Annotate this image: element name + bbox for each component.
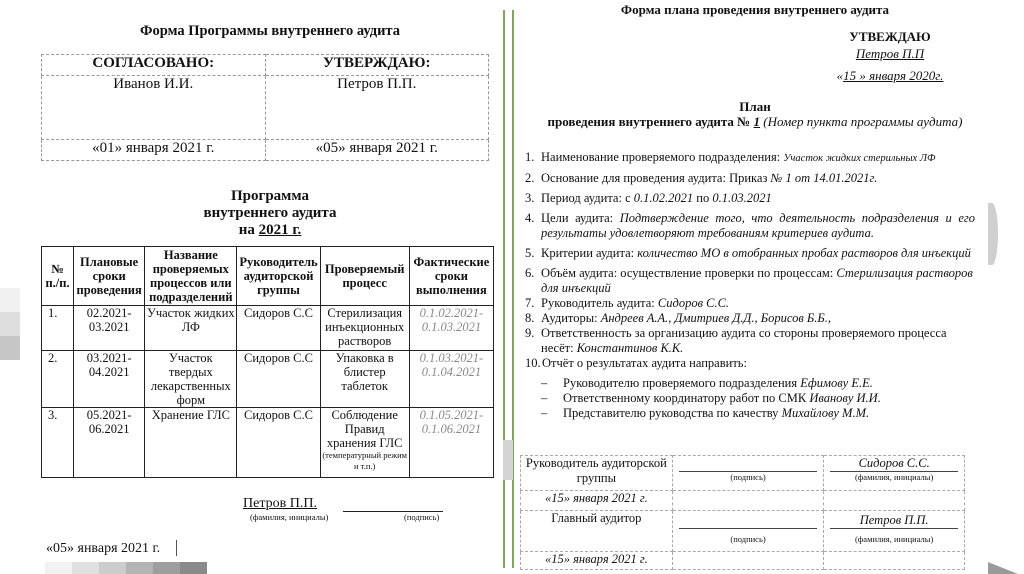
recipient-name: Иванову И.И. xyxy=(809,391,880,405)
row-number-text: 3. xyxy=(48,408,57,422)
item-value: 0.1.03.2021 xyxy=(712,191,771,205)
name-caption: (фамилия, инициалы) xyxy=(826,534,962,544)
program-title-line: Программа xyxy=(40,188,500,205)
plan-item: 2.Основание для проведения аудита: Прика… xyxy=(525,171,975,186)
signature-caption: (подпись) xyxy=(675,534,822,544)
item-label: Объём аудита: осуществление проверки по … xyxy=(541,266,836,280)
audited-unit: Участок жидких ЛФ xyxy=(145,306,237,351)
approval-date: «15 » января 2020г. xyxy=(820,68,960,84)
plan-item: 8.Аудиторы: Андреев А.А., Дмитриев Д.Д.,… xyxy=(525,311,975,326)
row-number: 2. xyxy=(42,351,74,408)
group-lead-name: Сидоров С.С. xyxy=(830,456,958,472)
item-label: по xyxy=(693,191,712,205)
program-title: Программа внутреннего аудита на 2021 г. xyxy=(40,188,500,239)
chief-auditor-name: Петров П.П. xyxy=(830,511,958,529)
group-lead-label: Руководитель аудиторской группы xyxy=(521,456,673,491)
agreed-name: Иванов И.И. xyxy=(42,76,266,140)
program-title-year-line: на 2021 г. xyxy=(40,222,500,239)
name-caption: (фамилия, инициалы) xyxy=(250,512,328,522)
row-number-text: 1. xyxy=(48,306,57,320)
report-recipient: –Представителю руководства по качеству М… xyxy=(525,406,975,421)
dash-bullet: – xyxy=(541,376,563,391)
dash-bullet: – xyxy=(541,391,563,406)
audited-unit: Участок твердых лекарственных форм xyxy=(145,351,237,408)
recipient-name: Ефимову Е.Е. xyxy=(800,376,873,390)
actual-dates: 0.1.05.2021-0.1.06.2021 xyxy=(409,408,493,478)
planned-dates-text: 02.2021-03.2021 xyxy=(87,306,132,334)
item-text: Период аудита: с 0.1.02.2021 по 0.1.03.2… xyxy=(541,191,975,206)
chief-auditor-label: Главный аудитор xyxy=(521,511,673,552)
item-label: Аудиторы: xyxy=(541,311,601,325)
table-row: 3.05.2021-06.2021Хранение ГЛССидоров С.С… xyxy=(42,408,494,478)
item-label: Основание для проведения аудита: Приказ xyxy=(541,171,771,185)
approve-name: Петров П.П. xyxy=(265,76,489,140)
item-number: 2. xyxy=(525,171,541,186)
process-note: (температурный режим и т.п.) xyxy=(322,450,408,472)
item-number: 10. xyxy=(525,356,542,371)
actual-dates-text: 0.1.05.2021-0.1.06.2021 xyxy=(420,408,484,436)
recipient-name: Михайлову М.М. xyxy=(782,406,870,420)
plan-item: 7.Руководитель аудита: Сидоров С.С. xyxy=(525,296,975,311)
planned-dates-text: 05.2021-06.2021 xyxy=(87,408,132,436)
plan-subtitle-prefix: проведения внутреннего аудита № xyxy=(548,114,754,129)
plan-title-line: План xyxy=(520,99,990,114)
group-lead-date: «15» января 2021 г. xyxy=(521,491,673,511)
item-number: 7. xyxy=(525,296,541,311)
planned-dates: 03.2021-04.2021 xyxy=(74,351,145,408)
item-text: Наименование проверяемого подразделения:… xyxy=(541,150,975,166)
column-header: Руководитель аудиторской группы xyxy=(237,247,320,306)
chief-signature-cell: (подпись) xyxy=(672,511,824,552)
audited-process-text: Стерилизация инъекционных растворов xyxy=(325,306,404,348)
audited-process: Соблюдение Правид хранения ГЛС(температу… xyxy=(320,408,409,478)
approve-label: УТВЕРЖДАЮ: xyxy=(265,55,489,76)
signature-caption: (подпись) xyxy=(404,512,439,522)
program-date: «05» января 2021 г. xyxy=(46,541,160,557)
recipient-label: Представителю руководства по качеству xyxy=(563,406,782,420)
column-header: Плановые сроки проведения xyxy=(74,247,145,306)
table-row: 2.03.2021-04.2021Участок твердых лекарст… xyxy=(42,351,494,408)
plan-subtitle: проведения внутреннего аудита № 1 (Номер… xyxy=(520,114,990,129)
plan-items-list: 1.Наименование проверяемого подразделени… xyxy=(525,150,975,421)
item-text: Цели аудита: Подтверждение того, что дея… xyxy=(541,211,975,241)
planned-dates: 05.2021-06.2021 xyxy=(74,408,145,478)
recipient-text: Представителю руководства по качеству Ми… xyxy=(563,406,869,421)
empty-cell xyxy=(824,491,965,511)
plan-item: 10.Отчёт о результатах аудита направить: xyxy=(525,356,975,371)
group-lead-text: Сидоров С.С xyxy=(244,408,313,422)
report-recipient: –Ответственному координатору работ по СМ… xyxy=(525,391,975,406)
item-value: Константинов К.К. xyxy=(577,341,684,355)
item-label: Период аудита: с xyxy=(541,191,634,205)
program-title-prefix: на xyxy=(239,222,259,238)
text-cursor xyxy=(176,540,177,556)
program-title-line: внутреннего аудита xyxy=(40,205,500,222)
actual-dates: 0.1.03.2021-0.1.04.2021 xyxy=(409,351,493,408)
empty-cell xyxy=(672,552,824,570)
name-caption: (фамилия, инициалы) xyxy=(826,472,962,482)
plan-approval-block: УТВЕЖДАЮ Петров П.П «15 » января 2020г. xyxy=(820,29,960,84)
decorative-gray-blocks-left xyxy=(0,288,20,360)
plan-item: 1.Наименование проверяемого подразделени… xyxy=(525,150,975,166)
audited-process-text: Соблюдение Правид хранения ГЛС xyxy=(327,408,403,450)
signatory-name: Петров П.П. xyxy=(243,496,317,512)
recipient-label: Руководителю проверяемого подразделения xyxy=(563,376,800,390)
decorative-gray-blocks-bottom xyxy=(45,562,207,574)
item-text: Руководитель аудита: Сидоров С.С. xyxy=(541,296,975,311)
group-lead: Сидоров С.С xyxy=(237,408,320,478)
signature-caption: (подпись) xyxy=(675,472,822,482)
item-number: 8. xyxy=(525,311,541,326)
group-lead-signature-cell: (подпись) xyxy=(672,456,824,491)
item-text: Критерии аудита: количество МО в отобран… xyxy=(541,246,975,261)
program-table: № п./п.Плановые сроки проведенияНазвание… xyxy=(41,246,494,478)
plan-item: 9.Ответственность за организацию аудита … xyxy=(525,326,975,356)
item-label: Отчёт о результатах аудита направить: xyxy=(542,356,747,370)
program-form-title: Форма Программы внутреннего аудита xyxy=(40,23,500,40)
item-label: Наименование проверяемого подразделения: xyxy=(541,150,783,164)
audited-unit-text: Участок твердых лекарственных форм xyxy=(151,351,231,407)
group-lead: Сидоров С.С xyxy=(237,351,320,408)
signature-line xyxy=(679,511,818,529)
signature-line xyxy=(679,456,818,472)
column-header: Проверяемый процесс xyxy=(320,247,409,306)
audited-process: Стерилизация инъекционных растворов xyxy=(320,306,409,351)
column-header: № п./п. xyxy=(42,247,74,306)
actual-dates-text: 0.1.03.2021-0.1.04.2021 xyxy=(420,351,484,379)
planned-dates: 02.2021-03.2021 xyxy=(74,306,145,351)
plan-number-note: (Номер пункта программы аудита) xyxy=(760,114,962,129)
row-number: 3. xyxy=(42,408,74,478)
plan-item: 4.Цели аудита: Подтверждение того, что д… xyxy=(525,211,975,241)
item-number: 4. xyxy=(525,211,541,241)
actual-dates: 0.1.02.2021-0.1.03.2021 xyxy=(409,306,493,351)
approve-date: «05» января 2021 г. xyxy=(265,140,489,161)
item-value: Сидоров С.С. xyxy=(658,296,729,310)
audited-unit-text: Участок жидких ЛФ xyxy=(147,306,235,334)
item-label: Цели аудита: xyxy=(541,211,620,225)
approver-name: Петров П.П xyxy=(820,46,960,62)
table-row: 1.02.2021-03.2021Участок жидких ЛФСидоро… xyxy=(42,306,494,351)
report-recipient: –Руководителю проверяемого подразделения… xyxy=(525,376,975,391)
plan-item: 5.Критерии аудита: количество МО в отобр… xyxy=(525,246,975,261)
item-text: Объём аудита: осуществление проверки по … xyxy=(541,266,975,296)
item-text: Аудиторы: Андреев А.А., Дмитриев Д.Д., Б… xyxy=(541,311,975,326)
item-number: 3. xyxy=(525,191,541,206)
item-text: Основание для проведения аудита: Приказ … xyxy=(541,171,975,186)
plan-title: План проведения внутреннего аудита № 1 (… xyxy=(520,99,990,129)
group-lead-text: Сидоров С.С xyxy=(244,351,313,365)
plan-signature-table: Руководитель аудиторской группы (подпись… xyxy=(520,455,965,570)
audited-process-text: Упаковка в блистер таблеток xyxy=(336,351,394,393)
plan-item: 6.Объём аудита: осуществление проверки п… xyxy=(525,266,975,296)
audited-unit: Хранение ГЛС xyxy=(145,408,237,478)
row-number: 1. xyxy=(42,306,74,351)
decorative-gray-block xyxy=(503,440,513,480)
actual-dates-text: 0.1.02.2021-0.1.03.2021 xyxy=(420,306,484,334)
plan-form-title: Форма плана проведения внутреннего аудит… xyxy=(520,2,990,18)
item-number: 5. xyxy=(525,246,541,261)
separator-line xyxy=(512,10,514,568)
empty-cell xyxy=(672,491,824,511)
item-text: Ответственность за организацию аудита со… xyxy=(541,326,975,356)
approve-label: УТВЕЖДАЮ xyxy=(820,29,960,45)
planned-dates-text: 03.2021-04.2021 xyxy=(87,351,132,379)
item-value: Участок жидких стерильных ЛФ xyxy=(783,153,935,164)
row-number-text: 2. xyxy=(48,351,57,365)
item-number: 1. xyxy=(525,150,541,166)
dash-bullet: – xyxy=(541,406,563,421)
chief-name-cell: Петров П.П. (фамилия, инициалы) xyxy=(824,511,965,552)
chief-auditor-date: «15» января 2021 г. xyxy=(521,552,673,570)
empty-cell xyxy=(824,552,965,570)
program-year: 2021 г. xyxy=(259,222,302,238)
item-value: количество МО в отобранных пробах раство… xyxy=(637,246,971,260)
item-number: 9. xyxy=(525,326,541,356)
recipient-text: Руководителю проверяемого подразделения … xyxy=(563,376,873,391)
separator-line xyxy=(503,10,505,568)
item-value: № 1 от 14.01.2021г. xyxy=(771,171,878,185)
group-lead-name-cell: Сидоров С.С. (фамилия, инициалы) xyxy=(824,456,965,491)
item-text: Отчёт о результатах аудита направить: xyxy=(542,356,975,371)
group-lead: Сидоров С.С xyxy=(237,306,320,351)
audited-unit-text: Хранение ГЛС xyxy=(152,408,230,422)
audited-process: Упаковка в блистер таблеток xyxy=(320,351,409,408)
agreed-label: СОГЛАСОВАНО: xyxy=(42,55,266,76)
column-header: Фактические сроки выполнения xyxy=(409,247,493,306)
item-value: 0.1.02.2021 xyxy=(634,191,693,205)
recipient-text: Ответственному координатору работ по СМК… xyxy=(563,391,881,406)
plan-item: 3.Период аудита: с 0.1.02.2021 по 0.1.03… xyxy=(525,191,975,206)
decorative-corner-triangle xyxy=(988,562,1018,574)
agreed-date: «01» января 2021 г. xyxy=(42,140,266,161)
item-value: Андреев А.А., Дмитриев Д.Д., Борисов Б.Б… xyxy=(601,311,831,325)
group-lead-text: Сидоров С.С xyxy=(244,306,313,320)
item-number: 6. xyxy=(525,266,541,296)
recipient-label: Ответственному координатору работ по СМК xyxy=(563,391,809,405)
date-value: 15 » января 2020г. xyxy=(843,68,943,83)
item-label: Критерии аудита: xyxy=(541,246,637,260)
decorative-lens-shape xyxy=(988,203,998,265)
column-header: Название проверяемых процессов или подра… xyxy=(145,247,237,306)
item-label: Руководитель аудита: xyxy=(541,296,658,310)
approval-table: СОГЛАСОВАНО: УТВЕРЖДАЮ: Иванов И.И. Петр… xyxy=(41,54,489,161)
